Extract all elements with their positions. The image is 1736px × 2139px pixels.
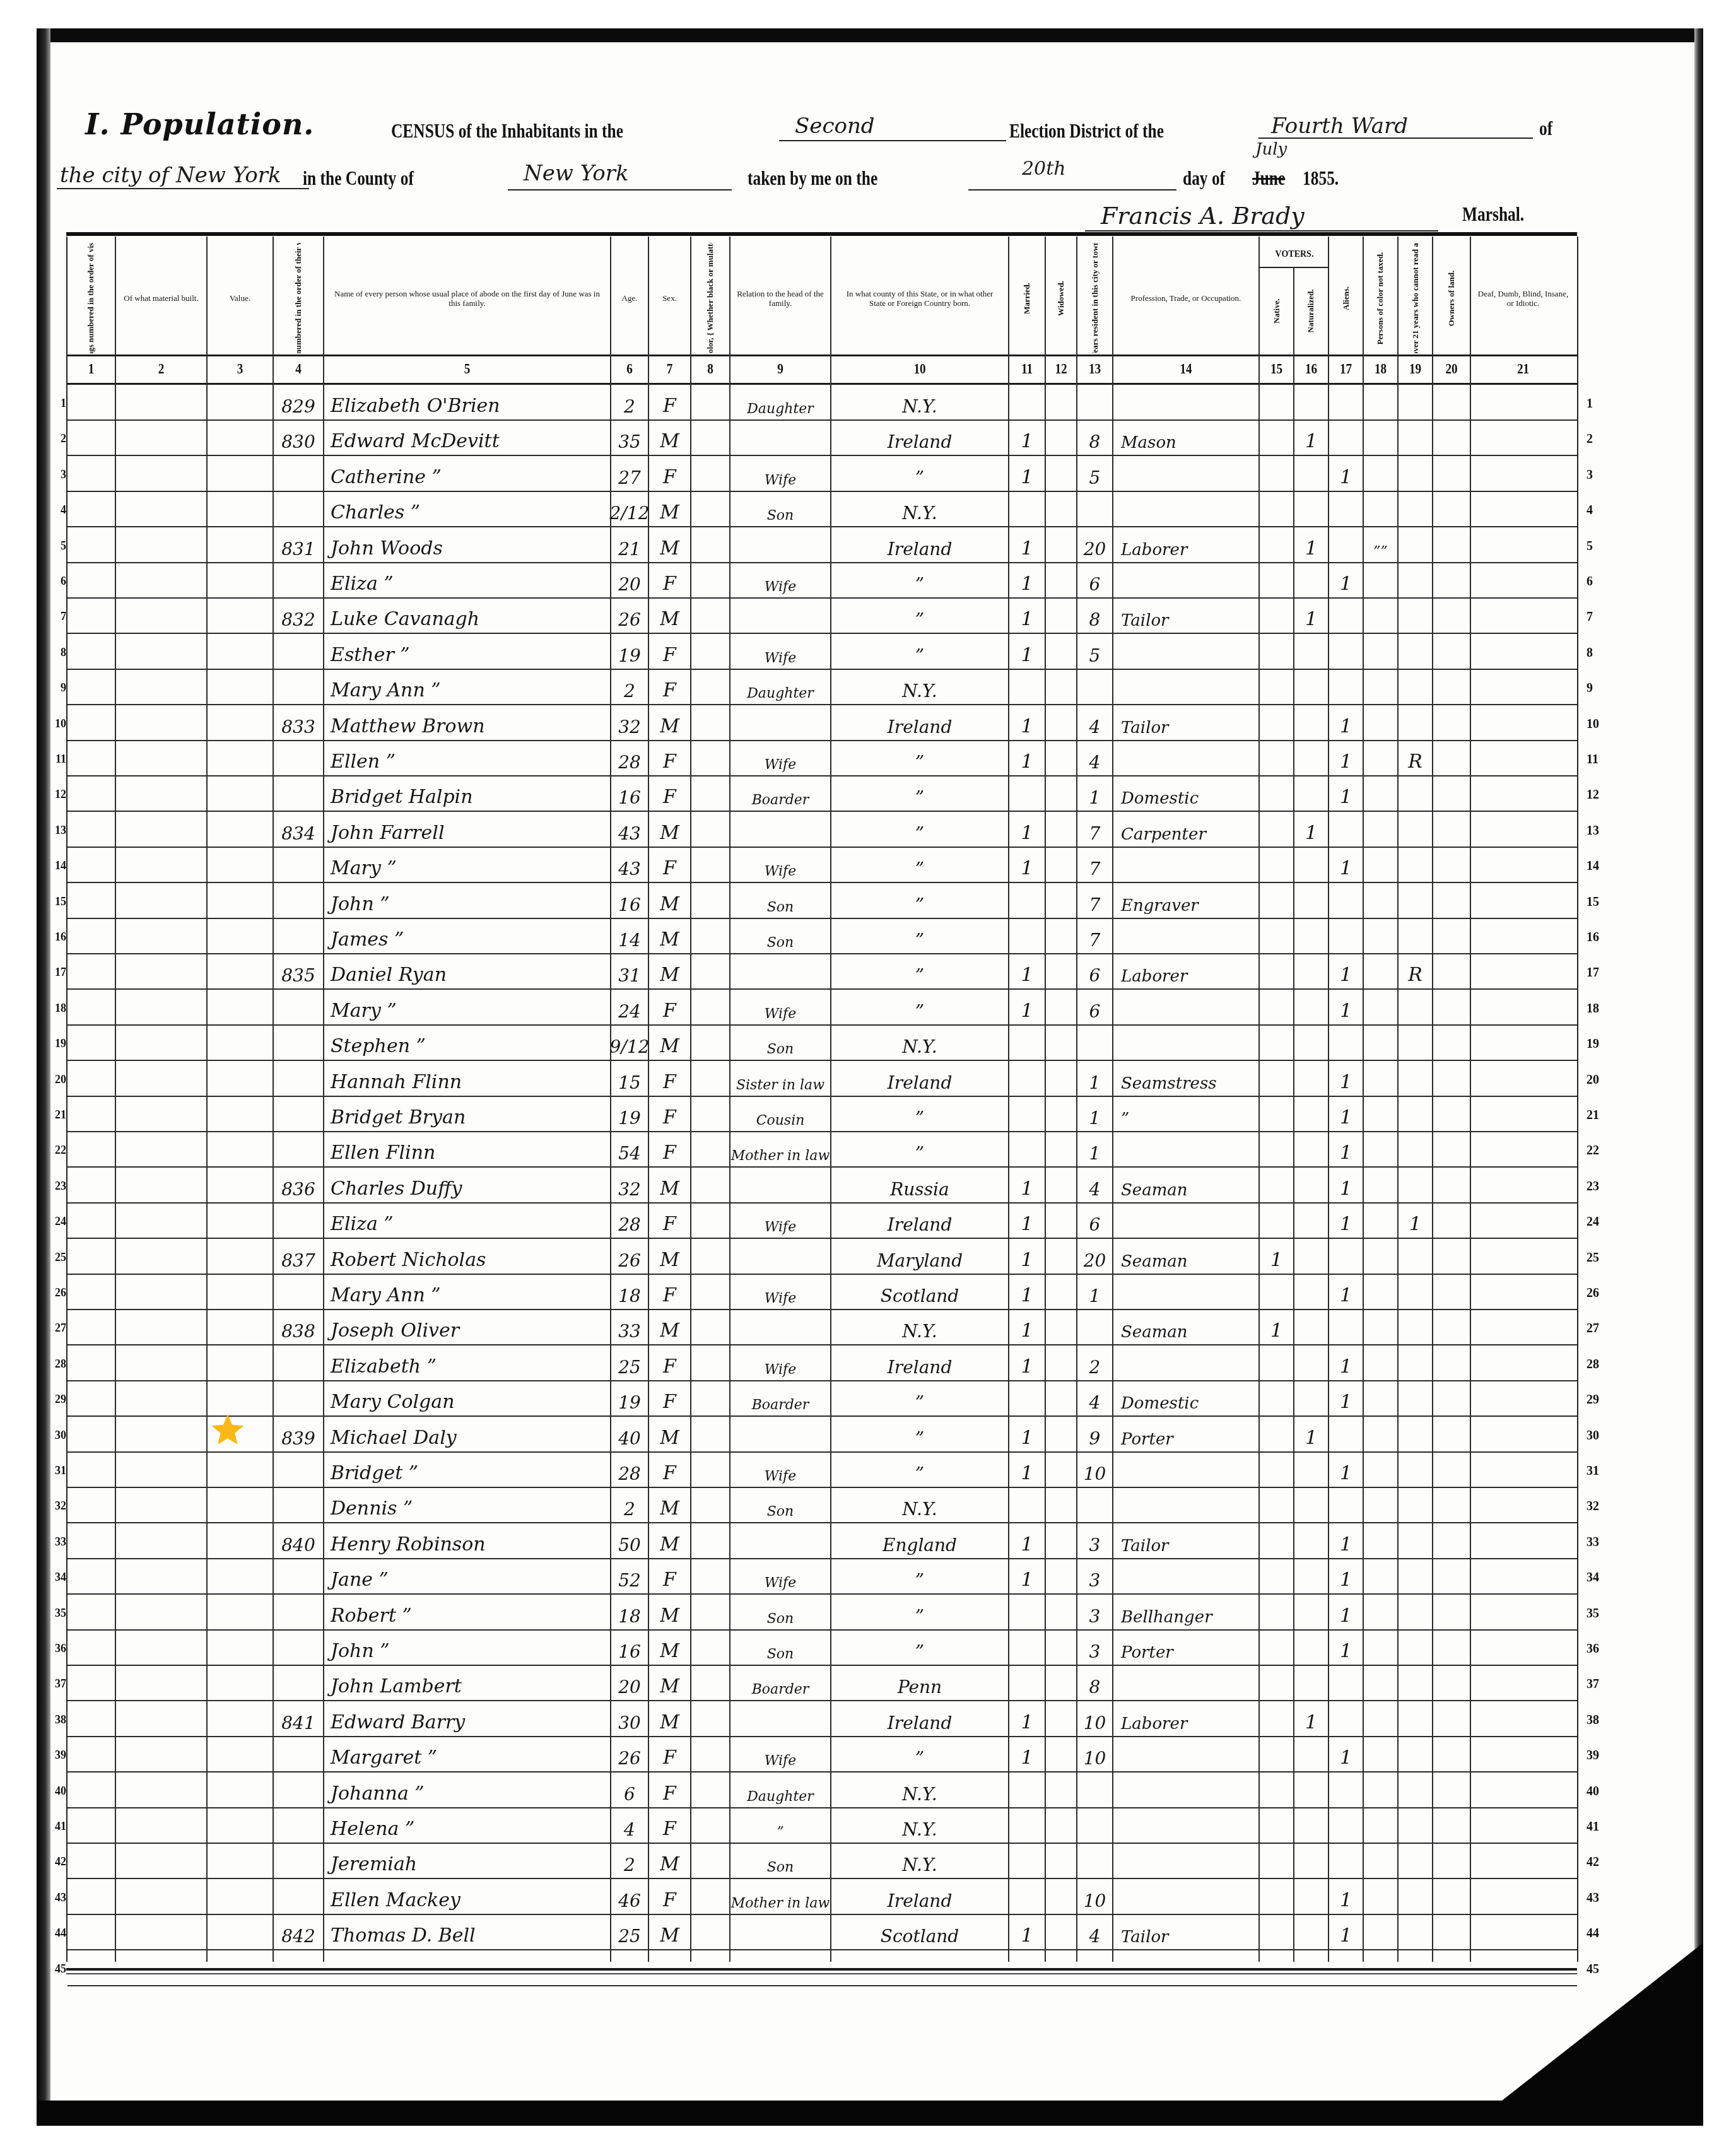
widowed <box>1046 919 1076 954</box>
voter-naturalized: 1 <box>1294 599 1328 634</box>
aliens: 1 <box>1329 1346 1363 1381</box>
family-number <box>274 1275 323 1310</box>
years-resident: 7 <box>1077 919 1112 954</box>
persons-of-color-not-taxed <box>1364 1880 1397 1915</box>
person-name: Bridget ” <box>331 1453 608 1488</box>
family-number <box>274 492 323 527</box>
col-number: 13 <box>1081 356 1109 382</box>
relation: Wife <box>730 1559 830 1595</box>
person-name: Robert ” <box>331 1595 608 1631</box>
age: 27 <box>611 457 648 492</box>
occupation: Porter <box>1121 1417 1257 1453</box>
age: 25 <box>611 1915 648 1950</box>
occupation <box>1121 1132 1257 1168</box>
persons-of-color-not-taxed <box>1364 776 1397 812</box>
widowed <box>1046 1737 1076 1773</box>
married: 1 <box>1009 528 1045 563</box>
occupation: Carpenter <box>1121 812 1257 848</box>
persons-of-color-not-taxed <box>1364 1702 1397 1737</box>
line-number-left: 24 <box>54 1215 66 1228</box>
aliens <box>1329 1666 1363 1701</box>
birthplace: ” <box>831 848 1008 883</box>
owners-of-land <box>1433 1168 1470 1204</box>
table-row: Mary Colgan 19 F Boarder ” 4 Domestic 1 <box>67 1381 1577 1417</box>
widowed <box>1046 635 1076 670</box>
voter-naturalized <box>1294 1915 1328 1950</box>
person-name: Mary Ann ” <box>331 670 608 705</box>
married <box>1009 385 1045 421</box>
voter-naturalized <box>1294 1559 1328 1595</box>
family-number: 834 <box>274 812 323 848</box>
married: 1 <box>1009 1559 1045 1595</box>
birthplace: N.Y. <box>831 670 1008 705</box>
married: 1 <box>1009 1204 1045 1239</box>
occupation <box>1121 492 1257 527</box>
occupation <box>1121 670 1257 705</box>
relation: Son <box>730 884 830 919</box>
person-name: John ” <box>331 1631 608 1666</box>
occupation <box>1121 1275 1257 1310</box>
sex: M <box>649 1026 690 1061</box>
aliens: 1 <box>1329 1168 1363 1204</box>
widowed <box>1046 492 1076 527</box>
person-name: John Farrell <box>331 812 608 848</box>
underline <box>779 140 1006 141</box>
age: 18 <box>611 1595 648 1631</box>
relation <box>730 421 830 456</box>
family-number <box>274 1453 323 1488</box>
family-number <box>274 741 323 776</box>
col-number: 14 <box>1128 356 1244 382</box>
line-number-left: 7 <box>54 610 66 623</box>
table-row: 836 Charles Duffy 32 M Russia 1 4 Seaman… <box>67 1168 1577 1204</box>
owners-of-land <box>1433 990 1470 1026</box>
birthplace: ” <box>831 1417 1008 1453</box>
years-resident: 8 <box>1077 421 1112 456</box>
aliens <box>1329 1702 1363 1737</box>
col-header-16: Naturalized. <box>1294 268 1328 353</box>
birthplace: ” <box>831 563 1008 599</box>
voter-native <box>1260 741 1293 776</box>
owners-of-land <box>1433 1275 1470 1310</box>
line-number-right: 20 <box>1586 1073 1612 1087</box>
birthplace: ” <box>831 599 1008 634</box>
voter-naturalized <box>1294 919 1328 954</box>
owners-of-land <box>1433 1132 1470 1168</box>
widowed <box>1046 1097 1076 1132</box>
table-row: Eliza ” 28 F Wife Ireland 1 6 1 1 <box>67 1204 1577 1239</box>
age: 52 <box>611 1559 648 1595</box>
widowed <box>1046 1168 1076 1204</box>
married: 1 <box>1009 990 1045 1026</box>
family-number <box>274 1880 323 1915</box>
voter-native <box>1260 670 1293 705</box>
cannot-read-write <box>1399 670 1432 705</box>
occupation: Tailor <box>1121 599 1257 634</box>
col-header-9: Relation to the head of the family. <box>730 243 830 353</box>
widowed <box>1046 670 1076 705</box>
voter-naturalized <box>1294 1844 1328 1879</box>
voter-naturalized <box>1294 635 1328 670</box>
line-number-right: 4 <box>1586 503 1612 518</box>
occupation: Tailor <box>1121 1524 1257 1559</box>
day-value: 20th <box>1022 158 1066 180</box>
line-number-left: 12 <box>54 788 66 801</box>
aliens <box>1329 1773 1363 1808</box>
col-header-13: Years resident in this city or town. <box>1077 243 1112 353</box>
line-number-right: 21 <box>1586 1108 1612 1123</box>
relation <box>730 1702 830 1737</box>
persons-of-color-not-taxed <box>1364 741 1397 776</box>
married <box>1009 1097 1045 1132</box>
voter-naturalized <box>1294 1026 1328 1061</box>
age: 32 <box>611 1168 648 1204</box>
married: 1 <box>1009 1239 1045 1275</box>
voter-native <box>1260 1168 1293 1204</box>
age: 33 <box>611 1310 648 1345</box>
person-name: Catherine ” <box>331 457 608 492</box>
occupation: Tailor <box>1121 1915 1257 1950</box>
table-row: Jeremiah 2 M Son N.Y. <box>67 1844 1577 1879</box>
table-row: Hannah Flinn 15 F Sister in law Ireland … <box>67 1062 1577 1097</box>
age: 26 <box>611 1737 648 1773</box>
sex: F <box>649 1737 690 1773</box>
line-number-right: 28 <box>1586 1357 1612 1372</box>
years-resident: 4 <box>1077 706 1112 741</box>
person-name: Jeremiah <box>331 1844 608 1879</box>
cannot-read-write <box>1399 1773 1432 1808</box>
voter-naturalized <box>1294 1381 1328 1417</box>
sex: M <box>649 1666 690 1701</box>
age: 20 <box>611 1666 648 1701</box>
aliens: 1 <box>1329 1097 1363 1132</box>
line-number-right: 44 <box>1586 1926 1612 1941</box>
col-header-12: Widowed. <box>1046 243 1076 353</box>
line-number-right: 8 <box>1586 646 1612 660</box>
age: 4 <box>611 1808 648 1844</box>
widowed <box>1046 563 1076 599</box>
census-table: Dwellings numbered in the order of visit… <box>66 237 1578 1962</box>
occupation: Bellhanger <box>1121 1595 1257 1631</box>
age: 28 <box>611 741 648 776</box>
line-number-right: 41 <box>1586 1820 1612 1834</box>
sex: F <box>649 1097 690 1132</box>
person-name: Bridget Bryan <box>331 1097 608 1132</box>
voter-naturalized <box>1294 563 1328 599</box>
relation: Wife <box>730 848 830 883</box>
widowed <box>1046 1559 1076 1595</box>
voters-group-header: VOTERS. <box>1260 243 1329 268</box>
voter-naturalized <box>1294 884 1328 919</box>
col-header-8: Color, { Whether black or mulatto. <box>691 243 729 353</box>
married <box>1009 1595 1045 1631</box>
years-resident: 7 <box>1077 848 1112 883</box>
col-number: 17 <box>1332 356 1359 382</box>
line-number-left: 41 <box>54 1820 66 1833</box>
widowed <box>1046 1453 1076 1488</box>
years-resident: 3 <box>1077 1524 1112 1559</box>
line-number-left: 17 <box>54 966 66 979</box>
voter-native <box>1260 954 1293 990</box>
persons-of-color-not-taxed <box>1364 1204 1397 1239</box>
voter-naturalized <box>1294 1132 1328 1168</box>
sex: M <box>649 528 690 563</box>
persons-of-color-not-taxed <box>1364 1808 1397 1844</box>
underline <box>1258 138 1533 139</box>
aliens: 1 <box>1329 1880 1363 1915</box>
relation <box>730 1417 830 1453</box>
sex: M <box>649 421 690 456</box>
widowed <box>1046 1702 1076 1737</box>
voter-naturalized <box>1294 1808 1328 1844</box>
aliens <box>1329 1239 1363 1275</box>
occupation <box>1121 563 1257 599</box>
voter-naturalized <box>1294 1453 1328 1488</box>
years-resident: 1 <box>1077 1097 1112 1132</box>
sex: F <box>649 457 690 492</box>
sex: F <box>649 1880 690 1915</box>
table-row: Esther ” 19 F Wife ” 1 5 <box>67 635 1577 670</box>
birthplace: ” <box>831 635 1008 670</box>
years-resident: 3 <box>1077 1559 1112 1595</box>
age: 2/12 <box>611 492 648 527</box>
election-district-value: Second <box>795 114 875 139</box>
family-number <box>274 1488 323 1523</box>
election-district-label: Election District of the <box>1009 120 1164 143</box>
voter-native <box>1260 421 1293 456</box>
occupation: Porter <box>1121 1631 1257 1666</box>
birthplace: Ireland <box>831 706 1008 741</box>
owners-of-land <box>1433 1453 1470 1488</box>
persons-of-color-not-taxed <box>1364 1275 1397 1310</box>
person-name: Stephen ” <box>331 1026 608 1061</box>
cannot-read-write <box>1399 1737 1432 1773</box>
age: 19 <box>611 1381 648 1417</box>
col-header-6: Age. <box>611 243 648 353</box>
line-number-right: 45 <box>1586 1962 1612 1977</box>
years-resident <box>1077 1773 1112 1808</box>
occupation <box>1121 848 1257 883</box>
voter-naturalized <box>1294 1062 1328 1097</box>
age: 24 <box>611 990 648 1026</box>
age: 26 <box>611 1239 648 1275</box>
line-number-right: 2 <box>1586 432 1612 447</box>
table-row: 841 Edward Barry 30 M Ireland 1 10 Labor… <box>67 1702 1577 1737</box>
family-number <box>274 1026 323 1061</box>
table-row: John Lambert 20 M Boarder Penn 8 <box>67 1666 1577 1701</box>
occupation <box>1121 741 1257 776</box>
col-number: 6 <box>615 356 644 382</box>
owners-of-land <box>1433 528 1470 563</box>
age: 18 <box>611 1275 648 1310</box>
line-number-right: 29 <box>1586 1393 1612 1407</box>
aliens: 1 <box>1329 990 1363 1026</box>
relation: Wife <box>730 1204 830 1239</box>
married <box>1009 670 1045 705</box>
scan-border-right <box>1694 28 1703 2110</box>
aliens: 1 <box>1329 1915 1363 1950</box>
persons-of-color-not-taxed <box>1364 706 1397 741</box>
line-number-left: 44 <box>54 1926 66 1940</box>
years-resident: 6 <box>1077 954 1112 990</box>
voter-native <box>1260 884 1293 919</box>
married <box>1009 776 1045 812</box>
birthplace: N.Y. <box>831 1310 1008 1345</box>
cannot-read-write <box>1399 1666 1432 1701</box>
voter-naturalized <box>1294 1880 1328 1915</box>
owners-of-land <box>1433 1204 1470 1239</box>
line-number-right: 35 <box>1586 1607 1612 1621</box>
family-number <box>274 1595 323 1631</box>
voter-native <box>1260 776 1293 812</box>
aliens: 1 <box>1329 1062 1363 1097</box>
sex: F <box>649 741 690 776</box>
col-number: 12 <box>1049 356 1073 382</box>
col-number: 5 <box>353 356 581 382</box>
owners-of-land <box>1433 1488 1470 1523</box>
relation: Son <box>730 1844 830 1879</box>
line-number-right: 18 <box>1586 1002 1612 1016</box>
years-resident: 9 <box>1077 1417 1112 1453</box>
line-number-right: 26 <box>1586 1286 1612 1301</box>
table-row: Eliza ” 20 F Wife ” 1 6 1 <box>67 563 1577 599</box>
line-number-left: 30 <box>54 1429 66 1442</box>
sex: M <box>649 1631 690 1666</box>
married <box>1009 1773 1045 1808</box>
sex: F <box>649 1381 690 1417</box>
cannot-read-write <box>1399 1417 1432 1453</box>
line-number-right: 30 <box>1586 1429 1612 1443</box>
years-resident: 6 <box>1077 563 1112 599</box>
widowed <box>1046 421 1076 456</box>
aliens <box>1329 635 1363 670</box>
col-header-18: Persons of color not taxed. <box>1364 243 1397 353</box>
family-number: 838 <box>274 1310 323 1345</box>
voter-naturalized <box>1294 1346 1328 1381</box>
table-row: 839 Michael Daly 40 M ” 1 9 Porter 1 <box>67 1417 1577 1453</box>
voter-native <box>1260 1488 1293 1523</box>
married <box>1009 1381 1045 1417</box>
voter-native <box>1260 563 1293 599</box>
occupation: Engraver <box>1121 884 1257 919</box>
col-header-21: Deaf, Dumb, Blind, Insane, or Idiotic. <box>1471 243 1575 353</box>
sex: F <box>649 1132 690 1168</box>
voter-naturalized <box>1294 954 1328 990</box>
table-row: Elizabeth ” 25 F Wife Ireland 1 2 1 <box>67 1346 1577 1381</box>
cannot-read-write <box>1399 1844 1432 1879</box>
birthplace: N.Y. <box>831 1844 1008 1879</box>
sex: F <box>649 1773 690 1808</box>
age: 35 <box>611 421 648 456</box>
sex: M <box>649 599 690 634</box>
star-icon <box>208 1412 247 1448</box>
person-name: Charles Duffy <box>331 1168 608 1204</box>
voter-native <box>1260 1702 1293 1737</box>
voter-native <box>1260 1737 1293 1773</box>
cannot-read-write <box>1399 563 1432 599</box>
underline <box>508 189 732 190</box>
cannot-read-write <box>1399 1453 1432 1488</box>
years-resident <box>1077 1844 1112 1879</box>
voter-naturalized <box>1294 1631 1328 1666</box>
line-number-left: 40 <box>54 1784 66 1798</box>
birthplace: ” <box>831 1097 1008 1132</box>
line-number-right: 43 <box>1586 1891 1612 1906</box>
person-name: Dennis ” <box>331 1488 608 1523</box>
occupation <box>1121 457 1257 492</box>
sex: M <box>649 1239 690 1275</box>
line-number-left: 15 <box>54 895 66 908</box>
voter-native <box>1260 1808 1293 1844</box>
line-number-left: 23 <box>54 1180 66 1193</box>
table-row: 831 John Woods 21 M Ireland 1 20 Laborer… <box>67 528 1577 563</box>
owners-of-land <box>1433 1026 1470 1061</box>
col-number: 1 <box>73 356 110 382</box>
owners-of-land <box>1433 1381 1470 1417</box>
cannot-read-write <box>1399 457 1432 492</box>
birthplace: Maryland <box>831 1239 1008 1275</box>
age: 43 <box>611 848 648 883</box>
relation: Son <box>730 492 830 527</box>
persons-of-color-not-taxed <box>1364 1488 1397 1523</box>
occupation: Tailor <box>1121 706 1257 741</box>
aliens: 1 <box>1329 741 1363 776</box>
table-row: 829 Elizabeth O'Brien 2 F Daughter N.Y. <box>67 385 1577 421</box>
marshal-label: Marshal. <box>1462 203 1524 226</box>
married: 1 <box>1009 1915 1045 1950</box>
years-resident: 2 <box>1077 1346 1112 1381</box>
birthplace: Scotland <box>831 1915 1008 1950</box>
occupation: Seaman <box>1121 1168 1257 1204</box>
age: 50 <box>611 1524 648 1559</box>
birthplace: Penn <box>831 1666 1008 1701</box>
birthplace: ” <box>831 919 1008 954</box>
occupation <box>1121 919 1257 954</box>
line-number-right: 5 <box>1586 539 1612 554</box>
relation <box>730 1524 830 1559</box>
occupation: ” <box>1121 1097 1257 1132</box>
married: 1 <box>1009 563 1045 599</box>
years-resident: 20 <box>1077 528 1112 563</box>
family-number <box>274 919 323 954</box>
col-number: 16 <box>1298 356 1324 382</box>
table-row: 838 Joseph Oliver 33 M N.Y. 1 Seaman 1 <box>67 1310 1577 1345</box>
persons-of-color-not-taxed <box>1364 1737 1397 1773</box>
line-number-left: 20 <box>54 1073 66 1086</box>
aliens <box>1329 919 1363 954</box>
person-name: Charles ” <box>331 492 608 527</box>
person-name: James ” <box>331 919 608 954</box>
line-number-left: 18 <box>54 1002 66 1015</box>
widowed <box>1046 954 1076 990</box>
years-resident: 5 <box>1077 635 1112 670</box>
persons-of-color-not-taxed <box>1364 1381 1397 1417</box>
married: 1 <box>1009 1417 1045 1453</box>
widowed <box>1046 990 1076 1026</box>
col-header-3: Value. <box>208 243 273 353</box>
person-name: Matthew Brown <box>331 706 608 741</box>
owners-of-land <box>1433 635 1470 670</box>
birthplace: ” <box>831 1631 1008 1666</box>
table-row: 832 Luke Cavanagh 26 M ” 1 8 Tailor 1 <box>67 599 1577 634</box>
persons-of-color-not-taxed <box>1364 1062 1397 1097</box>
line-number-left: 3 <box>54 468 66 481</box>
col-number: 11 <box>1013 356 1041 382</box>
line-number-left: 43 <box>54 1891 66 1904</box>
birthplace: ” <box>831 812 1008 848</box>
family-number <box>274 1737 323 1773</box>
cannot-read-write <box>1399 1026 1432 1061</box>
